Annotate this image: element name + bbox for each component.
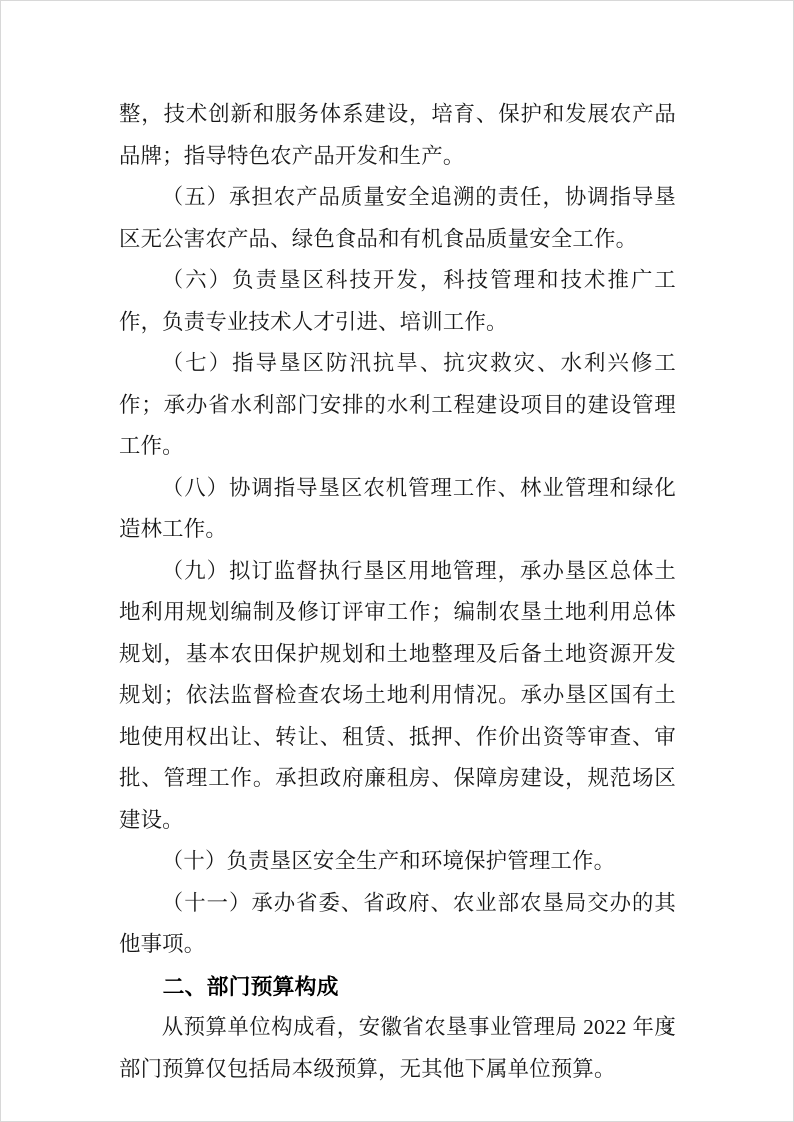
paragraph: （五）承担农产品质量安全追溯的责任，协调指导垦区无公害农产品、绿色食品和有机食品… [119,177,676,260]
paragraph: （九）拟订监督执行垦区用地管理，承办垦区总体土地利用规划编制及修订评审工作；编制… [119,551,676,842]
section-heading: 二、部门预算构成 [119,966,676,1008]
paragraph: （十）负责垦区安全生产和环境保护管理工作。 [119,841,676,883]
paragraph: （八）协调指导垦区农机管理工作、林业管理和绿化造林工作。 [119,468,676,551]
paragraph: （十一）承办省委、省政府、农业部农垦局交办的其他事项。 [119,883,676,966]
paragraph: 整，技术创新和服务体系建设，培育、保护和发展农产品品牌；指导特色农产品开发和生产… [119,94,676,177]
document-body: 整，技术创新和服务体系建设，培育、保护和发展农产品品牌；指导特色农产品开发和生产… [119,94,676,1090]
document-page: 整，技术创新和服务体系建设，培育、保护和发展农产品品牌；指导特色农产品开发和生产… [0,0,794,1122]
paragraph: 从预算单位构成看，安徽省农垦事业管理局 2022 年度部门预算仅包括局本级预算，… [119,1007,676,1090]
page-number: 5 [656,1020,680,1040]
paragraph: （六）负责垦区科技开发，科技管理和技术推广工作，负责专业技术人才引进、培训工作。 [119,260,676,343]
paragraph: （七）指导垦区防汛抗旱、抗灾救灾、水利兴修工作；承办省水利部门安排的水利工程建设… [119,343,676,468]
